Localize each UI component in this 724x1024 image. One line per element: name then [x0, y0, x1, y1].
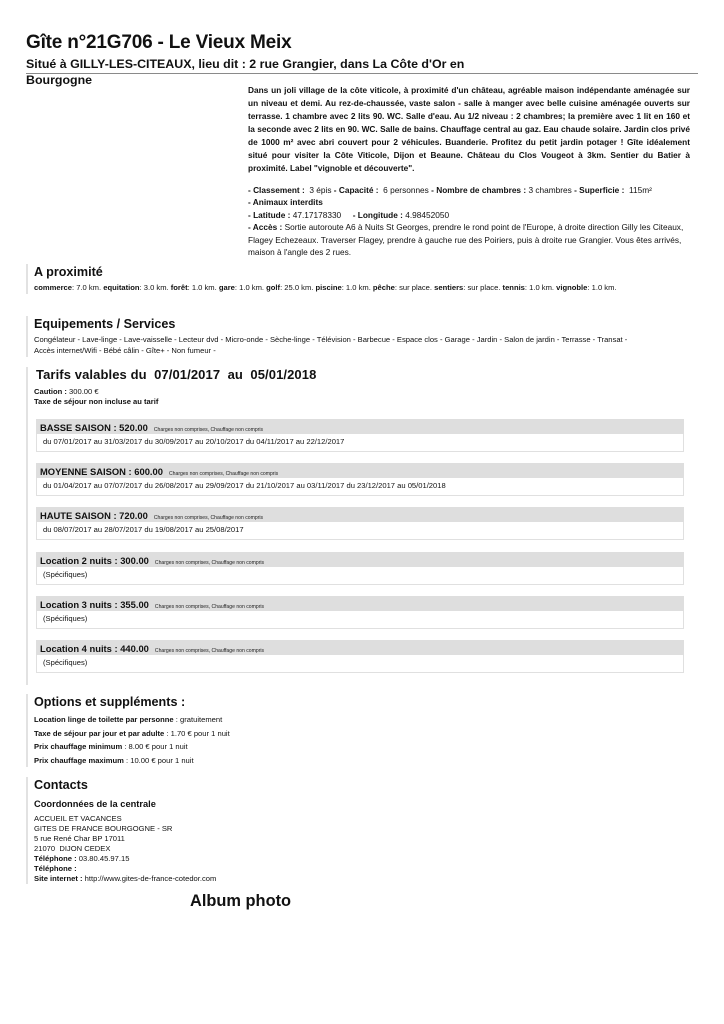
proximite-item: forêt: 1.0 km. — [171, 283, 219, 292]
latitude-value: 47.17178330 — [293, 210, 341, 220]
tarif-detail: (Spécifiques) — [36, 655, 684, 673]
tarif-period: Location 3 nuits : 355.00Charges non com… — [36, 596, 684, 629]
option-label: Location linge de toilette par personne — [34, 715, 174, 724]
option-item: Taxe de séjour par jour et par adulte : … — [34, 727, 364, 741]
latitude-label: - Latitude : — [248, 210, 290, 220]
header-divider — [26, 73, 698, 74]
equipement-item: Espace clos — [397, 335, 438, 344]
tarif-header: BASSE SAISON : 520.00Charges non compris… — [36, 419, 684, 434]
tarif-detail: du 07/01/2017 au 31/03/2017 du 30/09/201… — [36, 434, 684, 452]
animaux-label: - Animaux interdits — [248, 197, 323, 207]
contact-phone-2: Téléphone : — [34, 864, 364, 874]
tarif-header: HAUTE SAISON : 720.00Charges non compris… — [36, 507, 684, 522]
equipements-title: Equipements / Services — [34, 316, 634, 332]
description-block: Dans un joli village de la côte viticole… — [248, 84, 690, 258]
proximite-label: gare — [219, 283, 235, 292]
longitude-label: - Longitude : — [353, 210, 403, 220]
contact-address-line: GITES DE FRANCE BOURGOGNE - SR — [34, 824, 364, 834]
tarif-detail: du 01/04/2017 au 07/07/2017 du 26/08/201… — [36, 478, 684, 496]
facts-line-1: - Classement : 3 épis - Capacité : 6 per… — [248, 184, 690, 196]
capacite-value: 6 personnes — [383, 185, 429, 195]
proximite-title: A proximité — [34, 264, 690, 280]
tarif-period: Location 4 nuits : 440.00Charges non com… — [36, 640, 684, 673]
tarif-name: Location 4 nuits : 440.00 — [40, 643, 149, 654]
proximite-item: pêche: sur place. — [373, 283, 434, 292]
option-label: Prix chauffage minimum — [34, 742, 122, 751]
tarifs-meta: Caution : 300.00 € Taxe de séjour non in… — [34, 387, 698, 407]
contact-phone-1: Téléphone : 03.80.45.97.15 — [34, 854, 364, 864]
classement-label: - Classement : — [248, 185, 305, 195]
phone-label: Téléphone : — [34, 864, 77, 873]
description-text: Dans un joli village de la côte viticole… — [248, 84, 690, 175]
equipement-item: Lave-vaisselle — [124, 335, 172, 344]
options-list: Location linge de toilette par personne … — [34, 713, 364, 767]
phone-label: Téléphone : — [34, 854, 77, 863]
option-item: Location linge de toilette par personne … — [34, 713, 364, 727]
option-label: Taxe de séjour par jour et par adulte — [34, 729, 164, 738]
option-value: : 10.00 € pour 1 nuit — [126, 756, 194, 765]
proximite-label: tennis — [503, 283, 525, 292]
proximite-label: commerce — [34, 283, 72, 292]
tarif-note: Charges non comprises, Chauffage non com… — [169, 471, 278, 477]
equipement-item: Non fumeur — [171, 346, 211, 355]
contact-address-line: 21070 DIJON CEDEX — [34, 844, 364, 854]
tarif-period: BASSE SAISON : 520.00Charges non compris… — [36, 419, 684, 452]
page-header: Gîte n°21G706 - Le Vieux Meix Situé à GI… — [26, 32, 498, 88]
tarif-period: Location 2 nuits : 300.00Charges non com… — [36, 552, 684, 585]
equipement-item: Bébé câlin — [104, 346, 139, 355]
contacts-title: Contacts — [34, 777, 364, 793]
proximite-section: A proximité commerce: 7.0 km. equitation… — [26, 264, 690, 294]
tarif-detail: du 08/07/2017 au 28/07/2017 du 19/08/201… — [36, 522, 684, 540]
equipement-item: Congélateur — [34, 335, 75, 344]
proximite-item: gare: 1.0 km. — [219, 283, 266, 292]
phone-value: 03.80.45.97.15 — [79, 854, 130, 863]
tarif-header: Location 4 nuits : 440.00Charges non com… — [36, 640, 684, 655]
facts-line-4: - Accès : Sortie autoroute A6 à Nuits St… — [248, 221, 690, 258]
equipement-item: Garage — [445, 335, 470, 344]
contact-address-line: ACCUEIL ET VACANCES — [34, 814, 364, 824]
tarif-header: MOYENNE SAISON : 600.00Charges non compr… — [36, 463, 684, 478]
equipement-item: Lecteur dvd — [179, 335, 219, 344]
facts-list: - Classement : 3 épis - Capacité : 6 per… — [248, 184, 690, 258]
proximite-item: commerce: 7.0 km. — [34, 283, 103, 292]
proximite-item: piscine: 1.0 km. — [316, 283, 373, 292]
website-link[interactable]: http://www.gites-de-france-cotedor.com — [85, 874, 217, 883]
equipement-item: Barbecue — [358, 335, 391, 344]
equipement-item: Terrasse — [561, 335, 590, 344]
facts-line-3: - Latitude : 47.17178330 - Longitude : 4… — [248, 209, 690, 221]
contact-details: ACCUEIL ET VACANCESGITES DE FRANCE BOURG… — [34, 814, 364, 884]
tarifs-section: Tarifs valables du 07/01/2017 au 05/01/2… — [26, 367, 698, 685]
equipement-item: Transat — [597, 335, 622, 344]
option-item: Prix chauffage minimum : 8.00 € pour 1 n… — [34, 740, 364, 754]
classement-value: 3 épis — [309, 185, 331, 195]
equipement-item: Lave-linge — [82, 335, 117, 344]
option-value: : 8.00 € pour 1 nuit — [124, 742, 187, 751]
longitude-value: 4.98452050 — [405, 210, 449, 220]
contacts-subtitle: Coordonnées de la centrale — [34, 798, 364, 810]
tarif-header: Location 2 nuits : 300.00Charges non com… — [36, 552, 684, 567]
contact-address-line: 5 rue René Char BP 17011 — [34, 834, 364, 844]
tarif-note: Charges non comprises, Chauffage non com… — [155, 604, 264, 610]
album-photo-title: Album photo — [190, 892, 291, 911]
proximite-item: tennis: 1.0 km. — [503, 283, 557, 292]
proximite-item: equitation: 3.0 km. — [103, 283, 171, 292]
equipement-item: Gîte+ — [146, 346, 165, 355]
equipement-item: Jardin — [477, 335, 498, 344]
tarif-name: Location 3 nuits : 355.00 — [40, 599, 149, 610]
tarif-note: Charges non comprises, Chauffage non com… — [154, 427, 263, 433]
option-label: Prix chauffage maximum — [34, 756, 124, 765]
contact-website: Site internet : http://www.gites-de-fran… — [34, 874, 364, 884]
tarif-period: MOYENNE SAISON : 600.00Charges non compr… — [36, 463, 684, 496]
tarif-name: MOYENNE SAISON : 600.00 — [40, 466, 163, 477]
proximite-label: forêt — [171, 283, 188, 292]
tarifs-title: Tarifs valables du 07/01/2017 au 05/01/2… — [36, 367, 698, 383]
proximite-item: vignoble: 1.0 km. — [556, 283, 616, 292]
contact-address: ACCUEIL ET VACANCESGITES DE FRANCE BOURG… — [34, 814, 364, 854]
superficie-value: 115m² — [629, 185, 652, 195]
proximite-label: pêche — [373, 283, 395, 292]
tarif-header: Location 3 nuits : 355.00Charges non com… — [36, 596, 684, 611]
tarif-name: HAUTE SAISON : 720.00 — [40, 510, 148, 521]
proximite-label: golf — [266, 283, 280, 292]
proximite-item: golf: 25.0 km. — [266, 283, 315, 292]
website-label: Site internet : — [34, 874, 83, 883]
page-title: Gîte n°21G706 - Le Vieux Meix — [26, 32, 498, 54]
options-section: Options et suppléments : Location linge … — [26, 694, 364, 767]
equipement-item: Sèche-linge — [270, 335, 310, 344]
proximite-label: piscine — [316, 283, 342, 292]
proximite-label: sentiers — [434, 283, 463, 292]
taxe-note: Taxe de séjour non incluse au tarif — [34, 397, 158, 406]
tarif-period: HAUTE SAISON : 720.00Charges non compris… — [36, 507, 684, 540]
acces-value: Sortie autoroute A6 à Nuits St Georges, … — [248, 222, 683, 257]
equipement-item: Télévision — [317, 335, 351, 344]
proximite-list: commerce: 7.0 km. equitation: 3.0 km. fo… — [34, 283, 690, 294]
equipement-item: Salon de jardin — [504, 335, 555, 344]
equipement-item: Accès internet/Wifi — [34, 346, 97, 355]
tarif-detail: (Spécifiques) — [36, 611, 684, 629]
equipements-section: Equipements / Services Congélateur - Lav… — [26, 316, 634, 357]
option-value: : 1.70 € pour 1 nuit — [166, 729, 229, 738]
proximite-item: sentiers: sur place. — [434, 283, 502, 292]
tarif-note: Charges non comprises, Chauffage non com… — [155, 560, 264, 566]
tarif-detail: (Spécifiques) — [36, 567, 684, 585]
tarif-note: Charges non comprises, Chauffage non com… — [155, 648, 264, 654]
proximite-label: equitation — [103, 283, 139, 292]
facts-line-2: - Animaux interdits — [248, 196, 690, 208]
equipements-list: Congélateur - Lave-linge - Lave-vaissell… — [34, 335, 634, 357]
tarif-name: Location 2 nuits : 300.00 — [40, 555, 149, 566]
caution-value: 300.00 € — [69, 387, 99, 396]
option-value: : gratuitement — [176, 715, 222, 724]
chambres-value: 3 chambres — [528, 185, 571, 195]
chambres-label: - Nombre de chambres : — [431, 185, 526, 195]
caution-label: Caution : — [34, 387, 67, 396]
option-item: Prix chauffage maximum : 10.00 € pour 1 … — [34, 754, 364, 768]
capacite-label: - Capacité : — [334, 185, 379, 195]
equipement-item: Micro-onde — [225, 335, 263, 344]
acces-label: - Accès : — [248, 222, 282, 232]
proximite-label: vignoble — [556, 283, 587, 292]
superficie-label: - Superficie : — [574, 185, 624, 195]
contacts-section: Contacts Coordonnées de la centrale ACCU… — [26, 777, 364, 884]
options-title: Options et suppléments : — [34, 694, 364, 710]
tarif-note: Charges non comprises, Chauffage non com… — [154, 515, 263, 521]
tarif-name: BASSE SAISON : 520.00 — [40, 422, 148, 433]
